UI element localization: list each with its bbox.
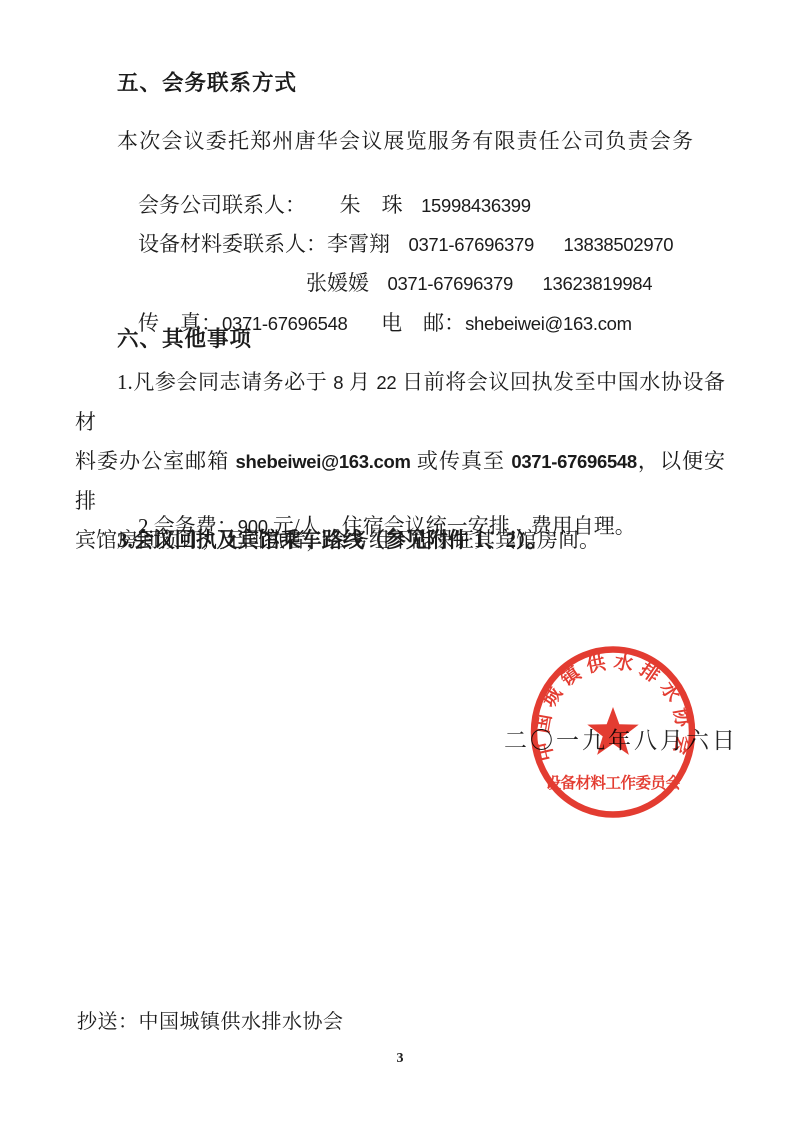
document-page: 五、会务联系方式 本次会议委托郑州唐华会议展览服务有限责任公司负责会务 会务公司… bbox=[0, 0, 800, 1131]
email-address: shebeiwei@163.com bbox=[465, 313, 632, 334]
email-label: 电 邮： bbox=[381, 311, 465, 335]
svg-text:中国城镇供水排水协会: 中国城镇供水排水协会 bbox=[530, 650, 696, 764]
item-1-text: 料委办公室邮箱 bbox=[75, 449, 236, 473]
item-1-line-1: 1.凡参会同志请务必于 8 月 22 日前将会议回执发至中国水协设备材 bbox=[75, 363, 725, 442]
item-1-fax-number: 0371-67696548 bbox=[511, 451, 637, 472]
seal-bottom-text: 设备材料工作委员会 bbox=[545, 773, 681, 792]
item-1-text: 月 bbox=[343, 370, 376, 394]
section-six-heading: 六、其他事项 bbox=[117, 327, 252, 352]
seal-star-icon bbox=[587, 707, 638, 755]
item-1-text: 或传真至 bbox=[411, 449, 512, 473]
item-1-text: 1.凡参会同志请务必于 bbox=[117, 370, 333, 394]
section-five-intro: 本次会议委托郑州唐华会议展览服务有限责任公司负责会务 bbox=[117, 129, 694, 154]
section-six-item-3: 3.会议回执及宾馆乘车路线（参见附件 1、2）。 bbox=[117, 528, 548, 553]
item-1-email: shebeiwei@163.com bbox=[236, 451, 411, 472]
cc-line: 抄送：中国城镇供水排水协会 bbox=[77, 1005, 344, 1034]
seal-ring-text: 中国城镇供水排水协会 bbox=[530, 650, 696, 764]
page-number: 3 bbox=[0, 1051, 800, 1067]
item-1-month-number: 8 bbox=[333, 372, 343, 393]
section-five-heading: 五、会务联系方式 bbox=[117, 71, 297, 96]
official-seal: 中国城镇供水排水协会 设备材料工作委员会 bbox=[518, 637, 708, 827]
item-1-day-number: 22 bbox=[376, 372, 396, 393]
